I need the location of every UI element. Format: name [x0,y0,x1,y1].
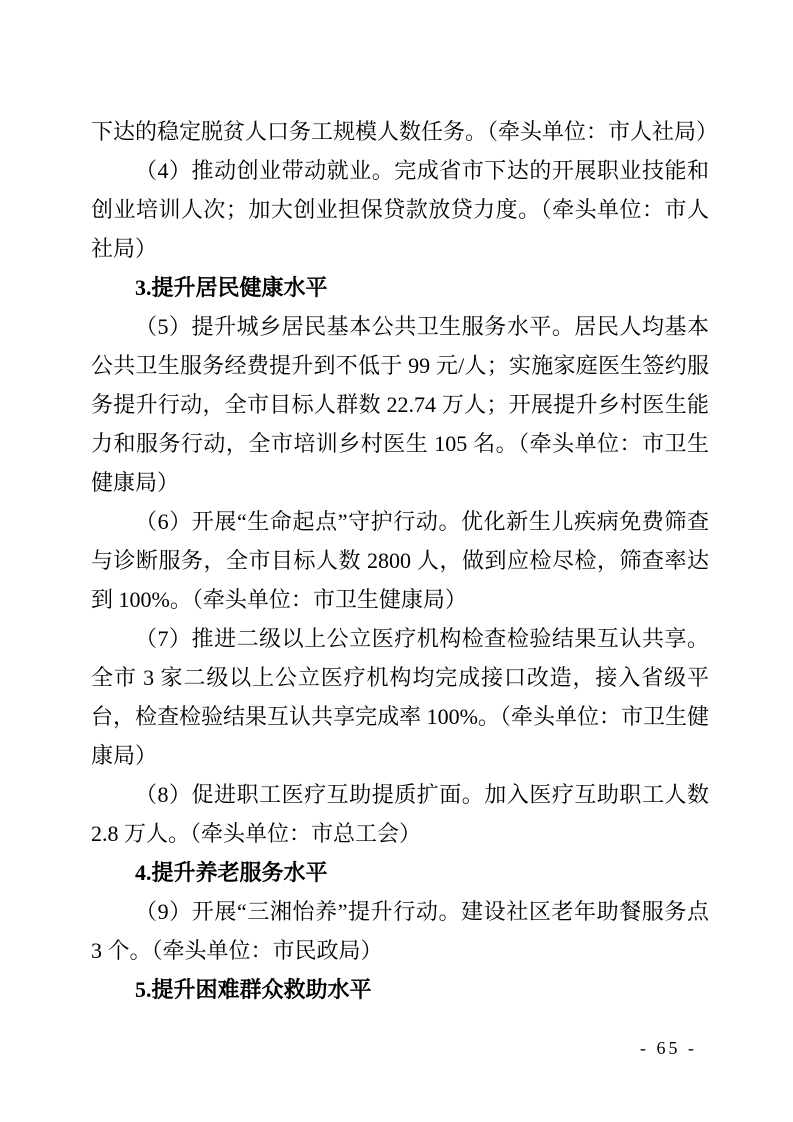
paragraph-item-8: （8）促进职工医疗互助提质扩面。加入医疗互助职工人数 2.8 万人。（牵头单位：… [91,775,709,853]
paragraph-continuation: 下达的稳定脱贫人口务工规模人数任务。（牵头单位：市人社局） [91,112,709,151]
section-heading-4: 4.提升养老服务水平 [91,853,709,892]
document-content: 下达的稳定脱贫人口务工规模人数任务。（牵头单位：市人社局） （4）推动创业带动就… [91,112,709,1009]
paragraph-item-4: （4）推动创业带动就业。完成省市下达的开展职业技能和创业培训人次；加大创业担保贷… [91,151,709,268]
paragraph-item-9: （9）开展“三湘怡养”提升行动。建设社区老年助餐服务点 3 个。（牵头单位：市民… [91,892,709,970]
paragraph-item-6: （6）开展“生命起点”守护行动。优化新生儿疾病免费筛查与诊断服务，全市目标人数 … [91,502,709,619]
section-heading-5: 5.提升困难群众救助水平 [91,970,709,1009]
page-number: - 65 - [640,1036,697,1060]
paragraph-item-5: （5）提升城乡居民基本公共卫生服务水平。居民人均基本公共卫生服务经费提升到不低于… [91,307,709,502]
section-heading-3: 3.提升居民健康水平 [91,268,709,307]
document-page: 下达的稳定脱贫人口务工规模人数任务。（牵头单位：市人社局） （4）推动创业带动就… [0,0,793,1122]
paragraph-item-7: （7）推进二级以上公立医疗机构检查检验结果互认共享。全市 3 家二级以上公立医疗… [91,619,709,775]
